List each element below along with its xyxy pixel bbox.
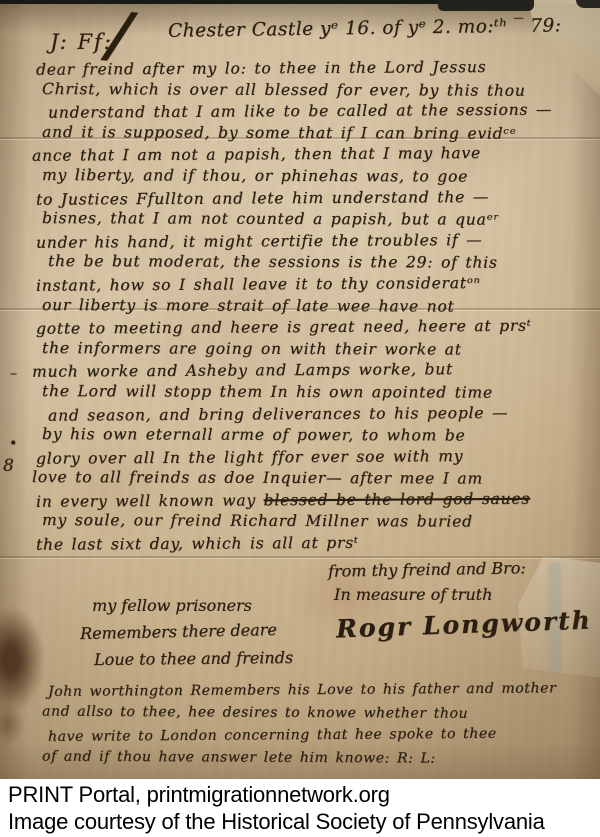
manuscript-line: understand that I am like to be called a… [48,101,594,126]
margin-mark: 8 [3,456,14,476]
postscript-line: of and if thou have answer lete him know… [42,748,596,773]
closing-line: Remembers there deare [80,620,277,643]
manuscript-line: the be but moderat, the sessions is the … [48,252,594,275]
manuscript-line: my liberty, and if thou, or phinehas was… [42,166,594,190]
postscript-line: and allso to thee, hee desires to knowe … [42,703,596,728]
photo-background-edge [438,0,534,11]
photo-background-edge [576,0,600,8]
postscript-line: John worthington Remembers his Love to h… [48,680,596,706]
manuscript-line: and season, and bring deliverances to hi… [48,403,594,428]
manuscript-line: gotte to meeting and heere is great need… [36,316,594,341]
manuscript-line: to Justices Ffullton and lete him unders… [36,187,594,212]
manuscript-line: much worke and Asheby and Lamps worke, b… [32,360,594,385]
line-plain-part: in every well known way [36,491,264,510]
letter-body: dear freind after my lo: to thee in the … [36,59,594,556]
closing-line: In measure of truth [334,585,492,604]
margin-mark: – [10,366,17,382]
postscript: John worthington Remembers his Love to h… [48,682,596,772]
caption-band: PRINT Portal, printmigrationnetwork.org … [0,779,600,837]
manuscript-line: the last sixt day, which is all at prsᵗ [36,532,594,557]
ink-stain [0,702,24,746]
manuscript-line: bisnes, that I am not counted a papish, … [42,209,594,233]
manuscript-line: our liberty is more strait of late wee h… [42,296,594,320]
margin-mark: • [9,436,17,452]
manuscript-line: by his own eternall arme of power, to wh… [42,425,594,449]
closing-line: Loue to thee and freinds [94,648,293,669]
manuscript-line: ance that I am not a papish, then that I… [32,144,594,169]
ink-stain [0,608,44,712]
manuscript-page: J: Ff: / Chester Castle yᵉ 16. of yᵉ 2. … [0,4,600,779]
manuscript-line: glory over all In the light ffor ever so… [36,446,594,471]
manuscript-line: the informers are going on with their wo… [42,339,594,363]
manuscript-line: Christ, which is over all blessed for ev… [42,80,594,104]
postscript-line: have write to London concerning that hee… [48,725,596,751]
caption-source: PRINT Portal, printmigrationnetwork.org [8,781,600,808]
place-date-heading: Chester Castle yᵉ 16. of yᵉ 2. mo:ᵗʰ ‾ 7… [168,15,562,41]
closing-line: my fellow prisoners [92,596,252,615]
manuscript-line: under his hand, it might certifie the tr… [36,230,594,255]
manuscript-line: the Lord will stopp them In his own apoi… [42,382,594,406]
manuscript-line: instant, how so I shall leave it to thy … [36,273,594,298]
monogram: J: Ff: [50,30,113,54]
caption-credit: Image courtesy of the Historical Society… [8,808,600,835]
manuscript-line: love to all freinds as doe Inquier— afte… [32,468,594,492]
manuscript-line: dear freind after my lo: to thee in the … [36,57,594,82]
struck-out-text: blessed be the lord god saues [264,490,531,510]
closing-line: from thy freind and Bro: [328,558,526,580]
manuscript-line: my soule, our freind Richard Millner was… [42,512,594,536]
scanned-letter-photo: J: Ff: / Chester Castle yᵉ 16. of yᵉ 2. … [0,0,600,837]
signature: Rogr Longworth [336,606,593,644]
